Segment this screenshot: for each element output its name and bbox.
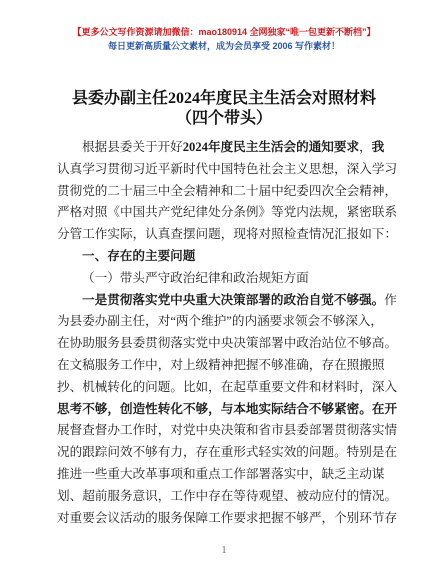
body-line: 展督查督办工作时，对党中央决策和省市县委部署贯彻落实情 bbox=[57, 420, 397, 442]
promo-header: 【更多公文写作资源请加微信：mao180914 全网独家“唯一包更新不断档”】 … bbox=[0, 0, 448, 53]
body-line: 根据县委关于开好2024年度民主生活会的通知要求，我 bbox=[57, 137, 397, 159]
body-line: 在文稿服务工作中，对上级精神把握不够准确，存在照搬照 bbox=[57, 355, 397, 377]
document-title-line-1: 县委办副主任2024年度民主生活会对照材料 bbox=[0, 89, 448, 109]
promo-line-2: 每日更新高质量公文素材，成为会员享受 2006 写作素材！ bbox=[0, 39, 448, 53]
body-line: （一）带头严守政治纪律和政治规矩方面 bbox=[57, 268, 397, 290]
promo-line-1: 【更多公文写作资源请加微信：mao180914 全网独家“唯一包更新不断档”】 bbox=[0, 25, 448, 39]
body-line: 贯彻党的二十届三中全会精神和二十届中纪委四次全会精神， bbox=[57, 181, 397, 203]
body-line: 在协助服务县委贯彻落实党中央决策部署中政治站位不够高。 bbox=[57, 333, 397, 355]
body-line: 对重要会议活动的服务保障工作要求把握不够严，个别环节存 bbox=[57, 508, 397, 530]
document-title: 县委办副主任2024年度民主生活会对照材料 （四个带头） bbox=[0, 89, 448, 129]
document-title-line-2: （四个带头） bbox=[0, 109, 448, 129]
body-line: 况的跟踪问效不够有力，存在重形式轻实效的问题。特别是在 bbox=[57, 442, 397, 464]
document-page: 【更多公文写作资源请加微信：mao180914 全网独家“唯一包更新不断档”】 … bbox=[0, 0, 448, 580]
document-body: 根据县委关于开好2024年度民主生活会的通知要求，我认真学习贯彻习近平新时代中国… bbox=[57, 137, 397, 529]
body-line: 思考不够，创造性转化不够，与本地实际结合不够紧密。在开 bbox=[57, 399, 397, 421]
body-line: 一、存在的主要问题 bbox=[57, 246, 397, 268]
body-line: 推进一些重大改革事项和重点工作部署落实中，缺乏主动谋 bbox=[57, 464, 397, 486]
body-line: 一是贯彻落实党中央重大决策部署的政治自觉不够强。作 bbox=[57, 290, 397, 312]
body-line: 分管工作实际，认真查摆问题，现将对照检查情况汇报如下： bbox=[57, 224, 397, 246]
body-line: 划、超前服务意识，工作中存在等待观望、被动应付的情况。 bbox=[57, 486, 397, 508]
body-line: 抄、机械转化的问题。比如，在起草重要文件和材料时，深入 bbox=[57, 377, 397, 399]
page-number: 1 bbox=[0, 545, 448, 556]
body-line: 认真学习贯彻习近平新时代中国特色社会主义思想，深入学习 bbox=[57, 159, 397, 181]
body-line: 为县委办副主任，对“两个维护”的内涵要求领会不够深入， bbox=[57, 311, 397, 333]
body-line: 严格对照《中国共产党纪律处分条例》等党内法规，紧密联系 bbox=[57, 202, 397, 224]
